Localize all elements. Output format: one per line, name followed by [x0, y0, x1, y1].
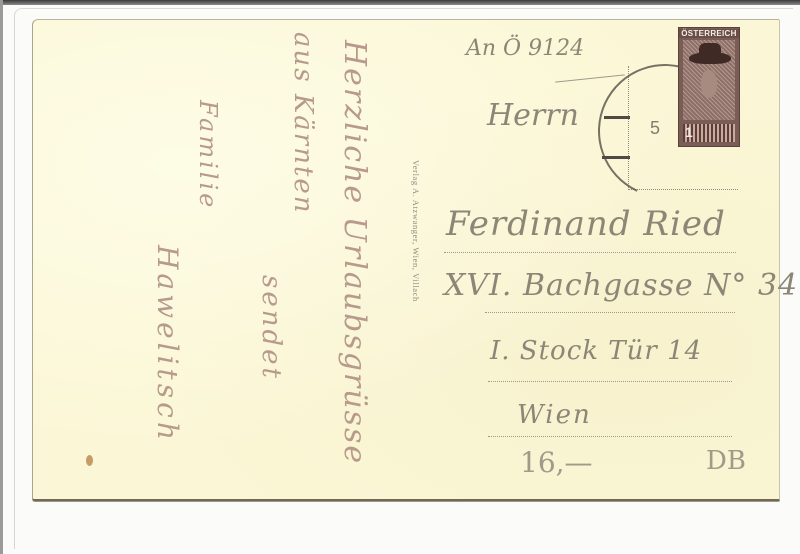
message-line-2: aus Kärnten: [288, 32, 318, 215]
postmark-bar: [602, 156, 630, 159]
address-line-3: [488, 381, 732, 382]
paper-stain: [86, 455, 93, 466]
message-line-3: sendet: [256, 275, 286, 381]
stamp-country: ÖSTERREICH: [679, 29, 739, 38]
dealer-initials: DB: [706, 446, 746, 476]
message-line-1: Herzliche Urlaubsgrüsse: [337, 40, 372, 465]
postage-stamp: ÖSTERREICH 1: [678, 27, 740, 147]
recipient-name: Ferdinand Ried: [446, 204, 726, 244]
message-line-4: Familie: [194, 100, 222, 210]
recipient-floor: I. Stock Tür 14: [490, 336, 702, 366]
stamp-hat-brim: [689, 52, 731, 64]
recipient-salutation: Herrn: [487, 98, 579, 133]
scan-left-edge: [0, 0, 3, 554]
publisher-imprint: Verlag A. Atzwanger, Wien, Villach: [411, 160, 421, 302]
scan-top-edge: [0, 0, 800, 5]
recipient-street: XVI. Bachgasse N° 34: [444, 268, 798, 303]
recipient-city: Wien: [517, 400, 592, 430]
address-line-1: [444, 252, 736, 253]
message-line-5: Hawelitsch: [151, 245, 184, 444]
address-line-4: [488, 436, 732, 437]
stamp-value: 1: [685, 124, 693, 140]
postmark-date: 5: [650, 118, 666, 139]
postmark-bar: [604, 116, 630, 119]
dealer-price: 16,—: [520, 446, 593, 479]
recipient-note: An Ö 9124: [466, 36, 584, 61]
address-line-2: [485, 312, 735, 313]
